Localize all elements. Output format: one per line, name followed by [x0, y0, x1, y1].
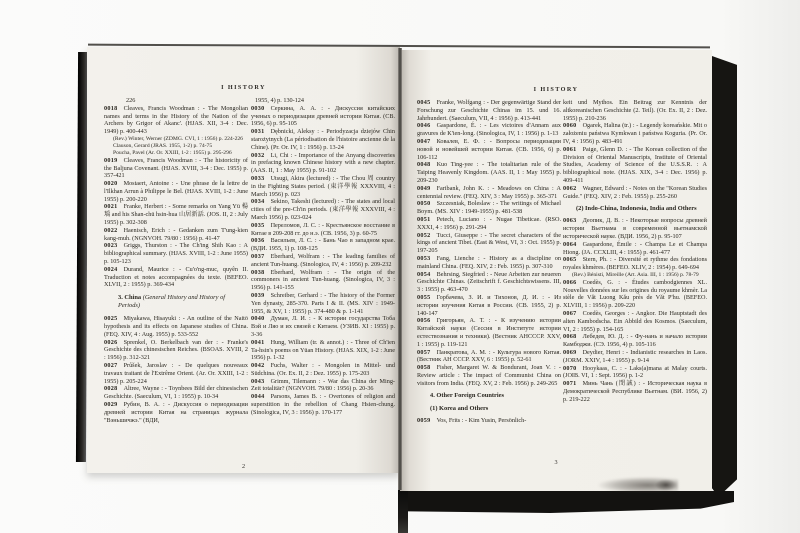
bib-entry: 0049Faribank, John K. : - Meadows on Chi…	[417, 185, 561, 201]
book-spread-photo: I HISTORY 2260018Cleaves, Francis Woodma…	[0, 0, 800, 533]
bib-entry: 0031Dębnicki, Aleksy : - Periodyzacja dz…	[251, 128, 395, 151]
bib-entry: 0065Stern, Ph. : - Diversité et rythme d…	[563, 256, 707, 272]
bibliography-column: 1955, 4) p. 130-1240030Серкина, А. А. : …	[251, 97, 395, 417]
running-head: I HISTORY	[87, 84, 400, 91]
bib-frag: 1955, 4) p. 130-124	[251, 97, 395, 105]
bib-entry: 0048Kuo Ting-yee : - The totalitarian ru…	[417, 161, 561, 184]
bib-entry: 0068Лебедев, Ю. Д. : - Фу-нань и начало …	[563, 333, 707, 349]
bib-entry: 0036Васильев, Л. С. : - Бань Чао в запад…	[251, 237, 395, 253]
bib-entry: 0022Haenisch, Erich : - Gedanken zum T'u…	[104, 227, 248, 243]
bib-entry: 0066Coedès, G. : - Études cambodgiennes …	[563, 279, 707, 310]
bib-entry: 0058Fisher, Margaret W. & Bondurant, Joa…	[417, 364, 561, 387]
bib-rev: Clauson, Gerard (JRAS. 1955, 1-2) p. 74-…	[104, 143, 248, 150]
bib-entry: 0038Eberhard, Wolfram : - The origin of …	[251, 269, 395, 292]
bib-entry: 0024Durand, Maurice : - Cu'o'ng-muc, quy…	[104, 266, 248, 289]
bib-rev: (Rev.) Bénisti, Mireille (Art. Asia. III…	[563, 272, 707, 279]
bib-entry: 0050Szczesniak, Boleslaw : - The writing…	[417, 200, 561, 216]
bib-entry: 0025Miyakawa, Hisayuki : - An outline of…	[104, 315, 248, 338]
bib-entry: 0039Schreiber, Gerhard : - The history o…	[251, 292, 395, 315]
bib-entry: 0026Sprenkel, O. Berkelbach van der : - …	[104, 339, 248, 362]
bib-entry: 0053Fang, Lienche : - History as a disci…	[417, 255, 561, 271]
bib-entry: 0033Utsugi, Akira (lectured) : - The Cho…	[251, 175, 395, 198]
bib-entry: 0062Wagner, Edward : - Notes on the "Kor…	[563, 185, 707, 201]
bib-entry: 0030Серкина, А. А. : - Дискуссия китайск…	[251, 105, 395, 128]
bib-entry: 0019Cleaves, Francis Woodman : - The his…	[104, 157, 248, 180]
bib-entry: 0060Ogarek, Halina (tr.) : - Legendy kor…	[563, 122, 707, 145]
page-gutter	[398, 48, 402, 490]
right-page: I HISTORY 0045Franke, Wolfgang : - Der g…	[400, 50, 712, 491]
book-spine-shadow	[398, 489, 408, 533]
bib-entry: 0061Paige, Glenn D. : - The Korean colle…	[563, 146, 707, 185]
bib-entry: 0029Рубин, В. А. : - Дискуссия о периоди…	[104, 401, 248, 424]
bib-entry: 0055Горбачева, З. И. и Тихонов, Д. И. : …	[417, 294, 561, 317]
bib-entry: 0035Переломов, Л. С. : - Крестьянское во…	[251, 222, 395, 238]
bib-entry: 0063Деопик, Д. В. : - Некоторые вопросы …	[563, 217, 707, 240]
book-edge-bottom	[400, 491, 734, 513]
bib-entry: 0052Tucci, Giuseppe : - The secret chara…	[417, 232, 561, 255]
bib-entry: 0027Průšek, Jaroslav : - De quelques nou…	[104, 362, 248, 385]
bib-section2: (2) Indo-China, Indonesia, India and Oth…	[563, 205, 707, 213]
bibliography-column: 0045Franke, Wolfgang : - Der gegenwärtig…	[417, 99, 561, 425]
bib-entry: 0045Franke, Wolfgang : - Der gegenwärtig…	[417, 99, 561, 122]
page-block-edge-right	[712, 56, 737, 497]
bib-rev: (Rev.) Winter, Werner (ZDMG. CVI, 1 : 19…	[104, 136, 248, 143]
bib-frag: 226	[104, 97, 248, 105]
page-number: 2	[87, 463, 400, 470]
bib-entry: 0018Cleaves, Francis Woodman : - The Mon…	[104, 105, 248, 136]
bib-entry: 0064Gaspardone, Émile : - Champa Le et C…	[563, 241, 707, 257]
bib-entry: 0023Griggs, Thurston : - The Ch'ing Shih…	[104, 242, 248, 265]
bib-entry: 0069Deydier, Henri : - Indianistic resea…	[563, 349, 707, 365]
bib-entry: 0044Parsons, James B. : - Overtones of r…	[251, 393, 395, 416]
bib-entry: 0028Altree, Wayne : - Toynbees Bild der …	[104, 385, 248, 401]
bib-section2: 4. Other Foreign Countries	[417, 392, 561, 400]
bibliography-column: 2260018Cleaves, Francis Woodman : - The …	[104, 97, 248, 424]
bib-entry: 0041Hung, William (tr. & annot.) : - Thr…	[251, 339, 395, 362]
bib-entry: 0054Behrsing, Siegfried : - Neue Arbeite…	[417, 271, 561, 294]
bib-entry: 0057Панкратова, А. М. : - Культура новог…	[417, 349, 561, 365]
bibliography-column: keit und Mythos. Ein Beitrag zur Kenntni…	[563, 99, 707, 404]
bib-entry: 0021Franke, Herbert : - Some remarks on …	[104, 203, 248, 226]
page-number: 3	[400, 459, 712, 466]
bib-section2: (1) Korea and Others	[417, 405, 561, 413]
bib-entry: 0040Думан, Л. И. : - К истории государст…	[251, 315, 395, 338]
bib-entry: 0047Ковалев, Е. Ф. : - Вопросы периодиза…	[417, 138, 561, 161]
bib-entry: 0051Petech, Luciano : - Nugae Tibeticae.…	[417, 216, 561, 232]
bib-rev: Poucha, Pavel (Ar. Or. XXIII, 1-2 : 1955…	[104, 150, 248, 157]
bib-entry: 0070Hooykaas, C. : - Laks(a)mana at Mala…	[563, 365, 707, 381]
bib-entry: 0046Gaspardone, É. : - Les victoires d'A…	[417, 122, 561, 138]
bib-entry: 0059Vos, Frits : - Kim Yusin, Persönlich…	[417, 417, 561, 425]
bib-entry: 0056Григорьян, А. Т. : - К изучению исто…	[417, 317, 561, 348]
running-head: I HISTORY	[400, 86, 712, 93]
bib-frag: keit und Mythos. Ein Beitrag zur Kenntni…	[563, 99, 707, 122]
ink-smudge	[655, 479, 677, 491]
bib-entry: 0034Sekino, Takeshi (lectured) : - The s…	[251, 198, 395, 221]
bib-entry: 0067Coedès, Georges : - Angkor. Die Haup…	[563, 310, 707, 333]
bib-entry: 0043Grimm, Tilemann : - War das China de…	[251, 378, 395, 394]
bib-entry: 0071Минь Чань (閔誠) : - Историческая наук…	[563, 380, 707, 403]
bib-entry: 0042Fuchs, Walter : - Mongolen in Mittel…	[251, 362, 395, 378]
bib-section: 3. China (General History and History of…	[104, 294, 248, 310]
left-page: I HISTORY 2260018Cleaves, Francis Woodma…	[87, 47, 400, 473]
bib-entry: 0020Mostaert, Antoine : - Une phrase de …	[104, 180, 248, 203]
bib-entry: 0032Li, Chi : - Importance of the Anyang…	[251, 152, 395, 175]
bib-entry: 0037Eberhard, Wolfram : - The leading fa…	[251, 253, 395, 269]
